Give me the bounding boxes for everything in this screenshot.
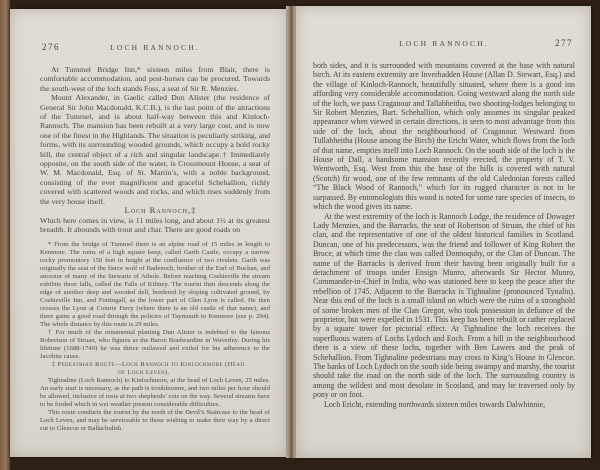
footnote-route-heading: ‡ Pedestrian Route—Loch Rannoch to Kinlo… — [40, 361, 248, 377]
paragraph: Mount Alexander, in Gaelic called Dun Al… — [40, 93, 270, 206]
running-head-left: LOCH RANNOCH. — [40, 43, 270, 52]
page-number-right: 277 — [555, 38, 573, 48]
left-page: 276 LOCH RANNOCH. At Tummel Bridge Inn,*… — [10, 9, 286, 457]
book-edge-strip — [0, 0, 10, 470]
footnote-route-paragraph: This route conducts the tourist by the n… — [40, 409, 270, 433]
right-page-header: LOCH RANNOCH. 277 — [313, 39, 575, 50]
section-heading: Loch Rannoch,‡ — [40, 206, 270, 215]
left-page-body: At Tummel Bridge Inn,* sixteen miles fro… — [40, 65, 270, 234]
left-page-content: 276 LOCH RANNOCH. At Tummel Bridge Inn,*… — [10, 9, 286, 457]
running-head-right: LOCH RANNOCH. — [313, 39, 575, 48]
paragraph: both sides, and it is surrounded with mo… — [313, 61, 575, 212]
right-page: LOCH RANNOCH. 277 both sides, and it is … — [296, 6, 591, 458]
paragraph: Which here comes in view, is 11 miles lo… — [40, 216, 270, 235]
right-page-body: both sides, and it is surrounded with mo… — [313, 61, 575, 409]
paragraph: At the west extremity of the loch is Ran… — [313, 212, 575, 400]
page-gutter — [286, 6, 296, 458]
left-page-footnotes: * From the bridge of Tummel there is an … — [40, 241, 270, 433]
paragraph: At Tummel Bridge Inn,* sixteen miles fro… — [40, 65, 270, 93]
footnote-dagger: † For much of the ornamental planting Du… — [40, 329, 270, 361]
right-page-content: LOCH RANNOCH. 277 both sides, and it is … — [296, 6, 591, 458]
footnote-route-paragraph: Tighnaline (Loch Rannoch) to Kinlochmore… — [40, 377, 270, 409]
book-spread: 276 LOCH RANNOCH. At Tummel Bridge Inn,*… — [0, 0, 600, 470]
left-page-header: 276 LOCH RANNOCH. — [40, 43, 270, 54]
paragraph: Loch Ericht, extending northwards sixtee… — [313, 400, 575, 409]
footnote-star: * From the bridge of Tummel there is an … — [40, 241, 270, 329]
